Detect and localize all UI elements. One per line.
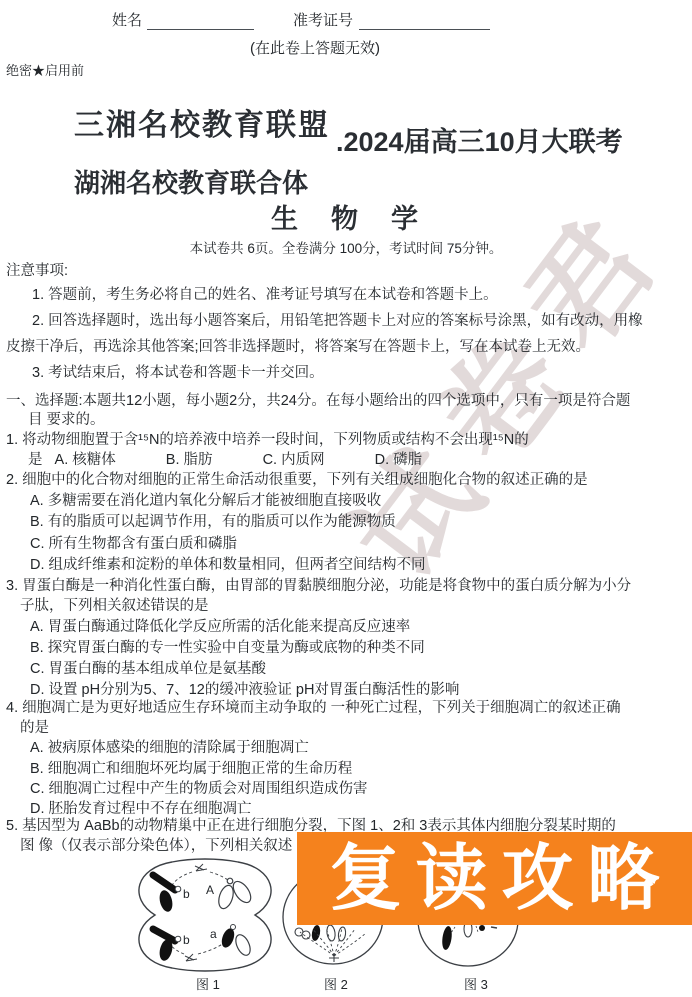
section1-heading-line2: 目 要求的。: [28, 412, 105, 429]
notice-item-1: 1. 答题前，考生务必将自己的姓名、准考证号填写在本试卷和答题卡上。: [32, 287, 498, 304]
q3-option-b: B. 探究胃蛋白酶的专一性实验中自变量为酶或底物的种类不同: [30, 640, 425, 657]
q4-option-a: A. 被病原体感染的细胞的清除属于细胞凋亡: [30, 740, 309, 757]
exam-no-label: 准考证号: [293, 12, 353, 29]
q1-option-d: D. 磷脂: [375, 452, 423, 469]
promo-banner: 复读攻略: [297, 832, 692, 925]
org-title-1: 三湘名校教育联盟: [74, 100, 330, 144]
q1-stem2: 是: [28, 452, 43, 469]
paper-info-line: 本试卷共 6页。全卷满分 100分，考试时间 75分钟。: [0, 237, 692, 257]
name-label: 姓名: [112, 12, 142, 29]
notice-item-3: 3. 考试结束后，将本试卷和答题卡一并交回。: [32, 365, 324, 382]
q2-stem: 2. 细胞中的化合物对细胞的正常生命活动很重要，下列有关组成细胞化合物的叙述正确…: [6, 472, 588, 489]
promo-banner-text: 复读攻略: [315, 843, 673, 915]
q4-option-b: B. 细胞凋亡和细胞坏死均属于细胞正常的生命历程: [30, 761, 352, 778]
secret-label: 绝密★启用前: [6, 64, 84, 79]
q2-option-a: A. 多糖需要在消化道内氧化分解后才能被细胞直接吸收: [30, 493, 381, 510]
q1-options-row: 是 A. 核糖体 B. 脂肪 C. 内质网 D. 磷脂: [28, 452, 422, 469]
subject-title: 生 物 学: [0, 197, 692, 236]
figure-2-caption: 图 2: [324, 974, 348, 993]
q3-option-d: D. 设置 pH分别为5、7、12的缓冲液验证 pH对胃蛋白酶活性的影响: [30, 682, 459, 699]
exam-no-fill-line: [359, 29, 490, 30]
figure-3-caption: 图 3: [464, 974, 488, 993]
q3-stem-line1: 3. 胃蛋白酶是一种消化性蛋白酶，由胃部的胃黏膜细胞分泌，功能是将食物中的蛋白质…: [6, 578, 631, 595]
section1-heading-line1: 一、选择题:本题共12小题，每小题2分，共24分。在每小题给出的四个选项中，只有…: [6, 393, 630, 410]
q4-option-d: D. 胚胎发育过程中不存在细胞凋亡: [30, 801, 252, 818]
notice-heading: 注意事项:: [6, 263, 68, 280]
exam-session-title: .2024届高三10月大联考: [336, 120, 623, 159]
answer-invalid-note: (在此卷上答题无效): [250, 40, 380, 57]
q4-option-c: C. 细胞凋亡过程中产生的物质会对周围组织造成伤害: [30, 781, 368, 798]
notice-item-2-line1: 2. 回答选择题时，选出每小题答案后，用铅笔把答题卡上对应的答案标号涂黑，如有改…: [32, 313, 643, 330]
q2-option-d: D. 组成纤维素和淀粉的单体和数量相同，但两者空间结构不同: [30, 557, 426, 574]
q1-stem: 1. 将动物细胞置于含¹⁵N的培养液中培养一段时间，下列物质或结构不会出现¹⁵N…: [6, 432, 529, 449]
q1-option-b: B. 脂肪: [166, 452, 213, 469]
q1-option-c: C. 内质网: [263, 452, 325, 469]
q5-stem-line2: 图 像（仅表示部分染色体），下列相关叙述: [20, 838, 292, 855]
q3-option-c: C. 胃蛋白酶的基本组成单位是氨基酸: [30, 661, 266, 678]
q4-stem-line1: 4. 细胞凋亡是为更好地适应生存环境而主动争取的 一种死亡过程，下列关于细胞凋亡…: [6, 700, 621, 717]
q4-stem-line2: 的是: [20, 720, 49, 737]
q1-option-a: A. 核糖体: [55, 452, 116, 469]
q2-option-c: C. 所有生物都含有蛋白质和磷脂: [30, 536, 237, 553]
q2-option-b: B. 有的脂质可以起调节作用，有的脂质可以作为能源物质: [30, 514, 396, 531]
name-fill-line: [147, 29, 254, 30]
q3-option-a: A. 胃蛋白酶通过降低化学反应所需的活化能来提高反应速率: [30, 619, 410, 636]
org-title-2: 湖湘名校教育联合体: [74, 163, 308, 200]
q3-stem-line2: 子肽，下列相关叙述错误的是: [20, 598, 209, 615]
figure-1-caption: 图 1: [196, 974, 220, 993]
notice-item-2-line2: 皮擦干净后，再选涂其他答案;回答非选择题时，将答案写在答题卡上，写在本试卷上无效…: [6, 339, 590, 356]
exam-paper-page: 试卷君: [0, 0, 692, 997]
